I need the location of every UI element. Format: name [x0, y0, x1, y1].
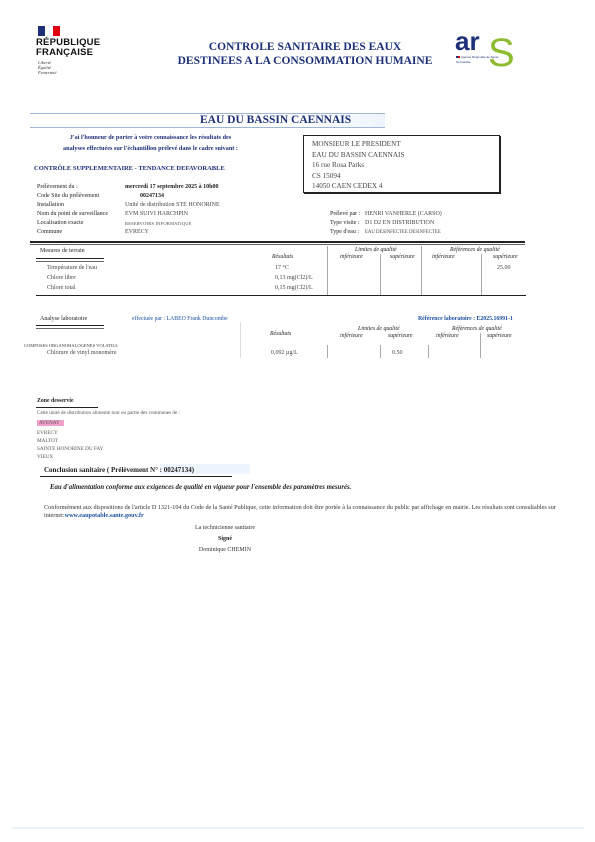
divider — [36, 407, 98, 408]
lab-performed-by: effectuée par : LABEO Frank Duncombe — [132, 316, 228, 322]
zone-intro: Cette unité de distribution alimente tou… — [37, 410, 180, 416]
monitoring-point-value: EVM SUIVI HARCHPIN — [125, 211, 188, 217]
signed-label: Signé — [150, 534, 300, 545]
col-limits: Limites de qualité — [355, 247, 397, 253]
lab-reference: Référence laboratoire : E2025.16991-1 — [418, 316, 513, 322]
divider — [30, 241, 525, 243]
svg-text:ar: ar — [455, 26, 480, 56]
col-limits-upper: supérieure — [388, 333, 413, 339]
location-label: Localisation exacte — [37, 220, 83, 226]
signature-block: La technicienne sanitaire Signé Dominiqu… — [150, 523, 300, 556]
legal-notice: Conformément aux dispositions de l'artic… — [44, 504, 564, 519]
col-refs-lower: inférieure — [436, 333, 459, 339]
param-name: Chlore total — [47, 285, 76, 291]
svg-text:Agence Régionale de Santé: Agence Régionale de Santé — [461, 55, 499, 59]
divider — [36, 295, 526, 296]
signer-role: La technicienne sanitaire — [150, 523, 300, 534]
republic-flag-icon — [38, 26, 60, 36]
footer-divider — [12, 827, 584, 829]
field-measures-label: Mesures de terrain — [40, 248, 85, 254]
conclusion-label: Conclusion sanitaire ( Prélèvement N° : … — [44, 466, 194, 474]
col-refs-lower: inférieure — [432, 254, 455, 260]
lab-analysis-label: Analyse laboratoire — [40, 316, 87, 322]
column-divider — [327, 246, 328, 295]
column-divider — [327, 345, 328, 358]
recipient-address: MONSIEUR LE PRESIDENT EAU DU BASSIN CAEN… — [303, 135, 500, 193]
param-result: 0,092 µg/L — [271, 350, 298, 356]
title-line-2: DESTINEES A LA CONSOMMATION HUMAINE — [170, 54, 440, 68]
commune-label: Commune — [37, 229, 62, 235]
col-refs-upper: supérieure — [493, 254, 518, 260]
divider — [36, 325, 104, 326]
installation-value: Unité de distribution STE HONORINE — [125, 202, 220, 208]
republic-line-2: FRANÇAISE — [36, 48, 100, 58]
svg-text:S: S — [488, 31, 515, 74]
commune-value: EVRECY — [125, 229, 149, 235]
param-result: 0,13 mg(Cl2)/L — [275, 275, 313, 281]
col-refs: Références de qualité — [450, 247, 500, 253]
visit-type-value: D1 D2 EN DISTRIBUTION — [365, 220, 434, 226]
republique-francaise-logo: RÉPUBLIQUE FRANÇAISE — [36, 38, 100, 58]
location-value: RESERVOIRS INFORMATIQUE — [125, 221, 192, 226]
col-limits-lower: inférieure — [340, 254, 363, 260]
sampled-by-label: Prélevé par : — [330, 211, 360, 217]
param-name: Chlorure de vinyl monomère — [47, 350, 116, 356]
col-limits-lower: inférieure — [340, 333, 363, 339]
motto-fraternite: Fraternité — [38, 70, 57, 75]
param-group: COMPOSES ORGANOHALOGENES VOLATILS — [24, 343, 118, 348]
column-divider — [481, 254, 482, 295]
param-name: Chlore libre — [47, 275, 76, 281]
sampled-by-value: HENRI VANHERLE (CARSO) — [365, 211, 442, 217]
divider — [36, 258, 104, 259]
sample-date-value: mercredi 17 septembre 2025 à 10h00 — [125, 184, 219, 190]
column-divider — [428, 345, 429, 358]
divider — [40, 476, 232, 477]
commune-item: EVRECY — [37, 430, 58, 436]
banner-title: EAU DU BASSIN CAENNAIS — [200, 114, 351, 126]
col-result: Résultats — [270, 331, 291, 337]
limit-upper: 0.50 — [392, 350, 403, 356]
ars-logo-icon: ar S Agence Régionale de Santé Normandie — [455, 26, 530, 74]
installation-label: Installation — [37, 202, 64, 208]
intro-line-2: analyses effectuées sur l'échantillon pr… — [28, 143, 273, 154]
col-limits-upper: supérieure — [390, 254, 415, 260]
col-refs-upper: supérieure — [487, 333, 512, 339]
zone-label: Zone desservie — [37, 398, 74, 404]
param-result: 0,15 mg(Cl2)/L — [275, 285, 313, 291]
divider — [30, 244, 525, 245]
column-divider — [421, 246, 422, 295]
monitoring-point-label: Nom du point de surveillance — [37, 211, 108, 217]
intro-text: J'ai l'honneur de porter à votre connais… — [28, 132, 273, 154]
ref-upper: 25.00 — [497, 265, 511, 271]
column-divider — [240, 322, 241, 358]
intro-line-1: J'ai l'honneur de porter à votre connais… — [28, 132, 273, 143]
commune-item: SAINTE HONORINE DU FAY — [37, 446, 103, 452]
column-divider — [380, 254, 381, 295]
site-code-value: 00247134 — [140, 193, 164, 199]
divider — [36, 328, 104, 329]
site-code-label: Code Site du prélèvement — [37, 193, 99, 199]
title-line-1: CONTROLE SANITAIRE DES EAUX — [170, 40, 440, 54]
param-result: 17 °C — [275, 265, 289, 271]
col-limits: Limites de qualité — [358, 326, 400, 332]
col-refs: Références de qualité — [452, 326, 502, 332]
control-type: CONTRÔLE SUPPLEMENTAIRE - TENDANCE DEFAV… — [34, 165, 225, 172]
page-title: CONTROLE SANITAIRE DES EAUX DESTINEES A … — [170, 40, 440, 68]
address-line: 16 rue Rosa Parks — [312, 160, 491, 171]
conformity-statement: Eau d'alimentation conforme aux exigence… — [50, 484, 351, 491]
commune-item: MALTOT — [37, 438, 58, 444]
website-link[interactable]: www.eaupotable.sante.gouv.fr — [65, 512, 144, 519]
republic-motto: Liberté Égalité Fraternité — [38, 60, 57, 75]
divider — [36, 261, 104, 262]
address-line: 14050 CAEN CEDEX 4 — [312, 181, 491, 192]
column-divider — [480, 333, 481, 358]
water-type-value: EAU DESINFECTEE DESINFECTEE — [365, 230, 441, 235]
column-divider — [380, 345, 381, 358]
visit-type-label: Type visite : — [330, 220, 360, 226]
commune-highlighted: AVENAY — [37, 420, 64, 426]
col-result: Résultats — [272, 254, 293, 260]
water-type-label: Type d'eau : — [330, 229, 359, 235]
sample-date-label: Prélèvement du : — [37, 184, 78, 190]
address-line: CS 15094 — [312, 171, 491, 182]
address-line: EAU DU BASSIN CAENNAIS — [312, 150, 491, 161]
svg-text:Normandie: Normandie — [456, 60, 471, 64]
commune-item: VIEUX — [37, 454, 53, 460]
signer-name: Dominique CHEMIN — [150, 545, 300, 556]
address-line: MONSIEUR LE PRESIDENT — [312, 139, 491, 150]
param-name: Température de l'eau — [47, 265, 97, 271]
